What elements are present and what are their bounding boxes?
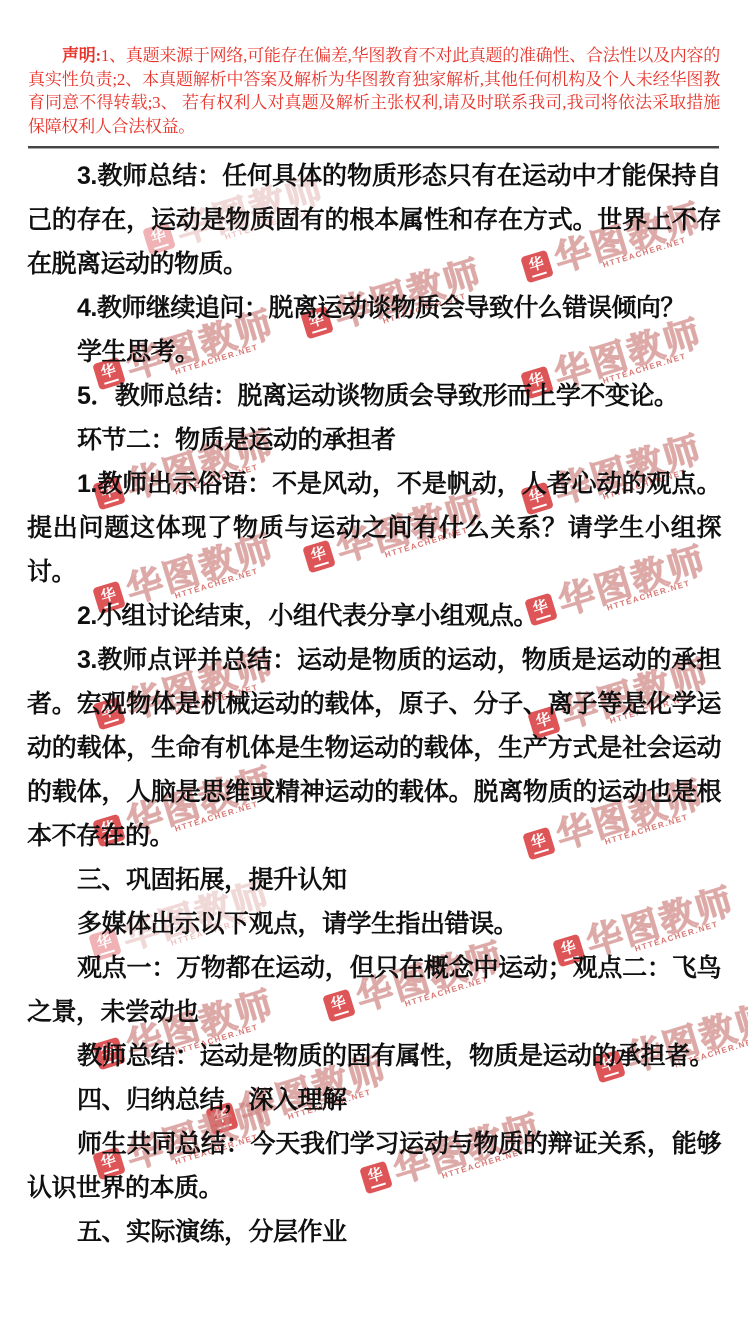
paragraph: 教师总结：运动是物质的固有属性，物质是运动的承担者。 bbox=[27, 1034, 721, 1078]
paragraph: 多媒体出示以下观点，请学生指出错误。 bbox=[27, 902, 721, 946]
paragraph: 5．教师总结：脱离运动谈物质会导致形而上学不变论。 bbox=[27, 374, 721, 418]
paragraph: 四、归纳总结，深入理解 bbox=[27, 1078, 721, 1122]
document-page: 华华图教师HTTEACHER.NET华华图教师HTTEACHER.NET华华图教… bbox=[0, 0, 748, 1335]
disclaimer-label: 声明: bbox=[62, 46, 101, 65]
paragraph: 3.教师总结：任何具体的物质形态只有在运动中才能保持自己的存在，运动是物质固有的… bbox=[27, 154, 721, 286]
paragraph: 1.教师出示俗语：不是风动，不是帆动，人者心动的观点。提出问题这体现了物质与运动… bbox=[27, 462, 721, 594]
disclaimer-text: 1、真题来源于网络,可能存在偏差,华图教育不对此真题的准确性、合法性以及内容的真… bbox=[28, 46, 720, 136]
paragraph: 观点一：万物都在运动，但只在概念中运动；观点二：飞鸟之景，未尝动也 bbox=[27, 946, 721, 1034]
paragraph: 三、巩固拓展，提升认知 bbox=[27, 858, 721, 902]
paragraph: 学生思考。 bbox=[27, 330, 721, 374]
paragraph: 3.教师点评并总结：运动是物质的运动，物质是运动的承担者。宏观物体是机械运动的载… bbox=[27, 638, 721, 858]
paragraph: 环节二：物质是运动的承担者 bbox=[27, 418, 721, 462]
disclaimer-notice: 声明:1、真题来源于网络,可能存在偏差,华图教育不对此真题的准确性、合法性以及内… bbox=[28, 44, 720, 138]
paragraph: 4.教师继续追问：脱离运动谈物质会导致什么错误倾向？ bbox=[27, 286, 721, 330]
paragraph: 五、实际演练，分层作业 bbox=[27, 1210, 721, 1254]
paragraph: 2.小组讨论结束，小组代表分享小组观点。 bbox=[27, 594, 721, 638]
lesson-plan-body: 3.教师总结：任何具体的物质形态只有在运动中才能保持自己的存在，运动是物质固有的… bbox=[27, 154, 721, 1254]
paragraph: 师生共同总结：今天我们学习运动与物质的辩证关系，能够认识世界的本质。 bbox=[27, 1122, 721, 1210]
separator-line bbox=[28, 146, 719, 149]
